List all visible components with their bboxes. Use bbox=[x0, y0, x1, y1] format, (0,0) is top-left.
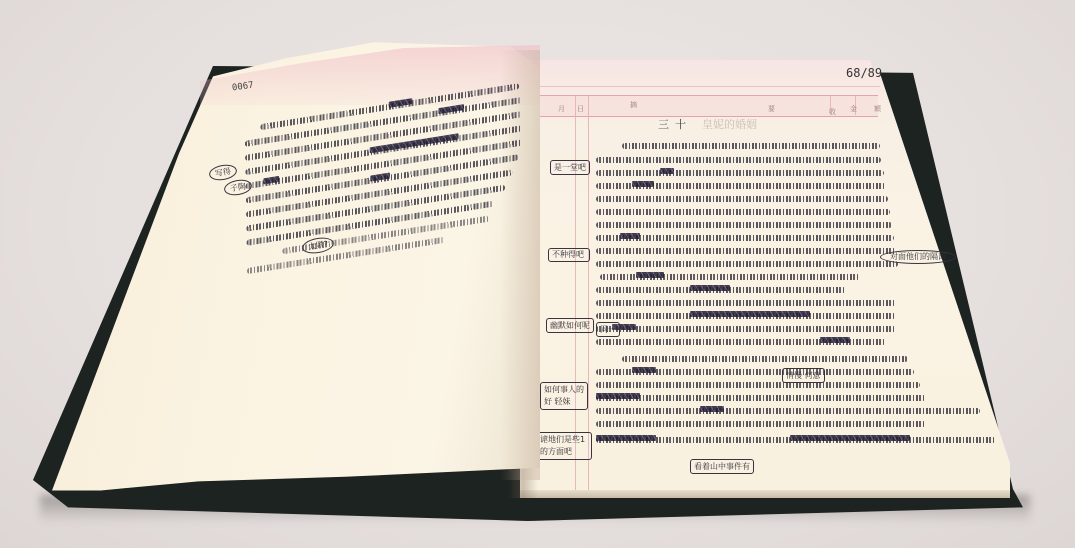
left-page-handwriting bbox=[0, 0, 1075, 548]
